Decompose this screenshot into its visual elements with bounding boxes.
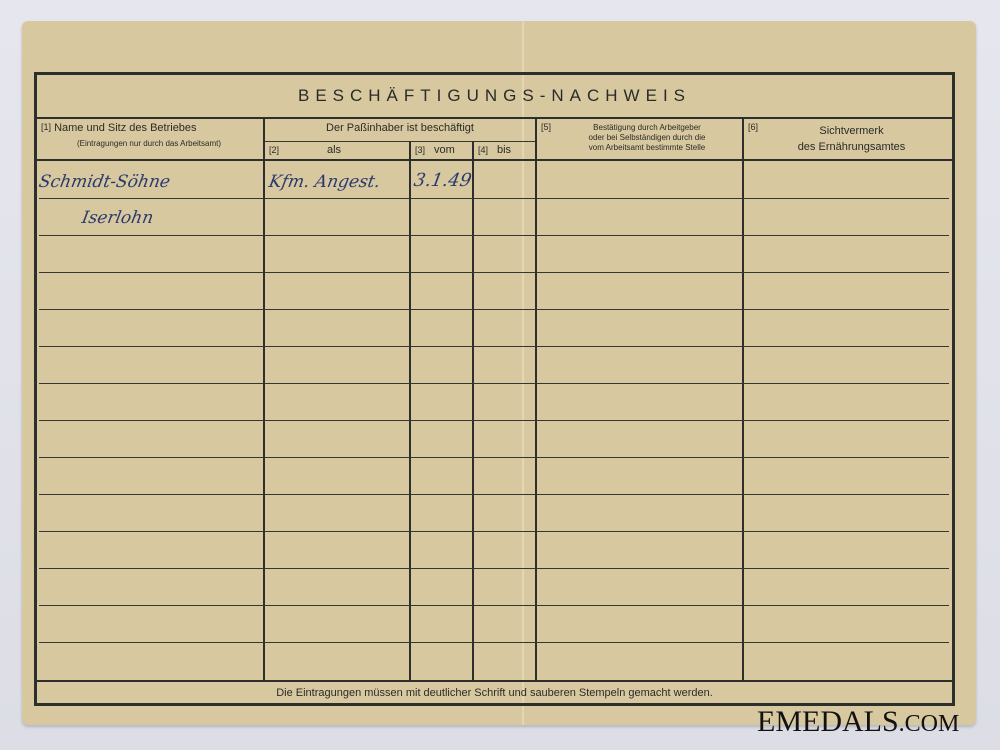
col-divider-4 (535, 119, 537, 680)
row-rule (39, 420, 949, 421)
group-label: Der Paßinhaber ist beschäftigt (265, 119, 535, 134)
col-divider-3 (472, 141, 474, 680)
row-rule (39, 383, 949, 384)
row-rule (39, 235, 949, 236)
row-rule (39, 272, 949, 273)
header-bottom-rule (37, 159, 952, 161)
col1-number: [1] (41, 122, 51, 132)
header-col-betrieb: [1] Name und Sitz des Betriebes (Eintrag… (39, 119, 261, 159)
row-rule (39, 531, 949, 532)
entry-als: Kfm. Angest. (267, 172, 382, 192)
header-col-als: [2] als (265, 142, 410, 159)
row-rule (39, 309, 949, 310)
header-col-bis: [4] bis (475, 142, 535, 159)
entry-betrieb-name: Schmidt-Söhne (37, 172, 172, 192)
col-divider-5 (742, 119, 744, 680)
header-group-beschaeftigt: Der Paßinhaber ist beschäftigt (265, 119, 535, 139)
entry-betrieb-ort: Iserlohn (80, 208, 155, 228)
row-rule (39, 198, 949, 199)
col-divider-1 (263, 119, 265, 680)
row-rule (39, 642, 949, 643)
header-col-vom: [3] vom (412, 142, 474, 159)
header-col-bestaetigung: [5] Bestätigung durch Arbeitgeber oder b… (537, 119, 742, 159)
footer-note: Die Eintragungen müssen mit deutlicher S… (37, 682, 952, 703)
watermark-logo: EMEDALS.COM (757, 705, 959, 739)
document-sheet: BESCHÄFTIGUNGS-NACHWEIS [1] Name und Sit… (22, 21, 976, 725)
row-rule (39, 494, 949, 495)
row-rule (39, 605, 949, 606)
header-col-sichtvermerk: [6] Sichtvermerk des Ernährungsamtes (744, 119, 952, 159)
col1-label: Name und Sitz des Betriebes (54, 122, 196, 134)
row-rule (39, 568, 949, 569)
row-rule (39, 457, 949, 458)
form-frame: BESCHÄFTIGUNGS-NACHWEIS [1] Name und Sit… (34, 72, 955, 706)
row-rule (39, 346, 949, 347)
entry-vom: 3.1.49 (412, 170, 473, 191)
col1-sublabel: (Eintragungen nur durch das Arbeitsamt) (69, 139, 229, 149)
col-divider-2 (409, 141, 411, 680)
form-title: BESCHÄFTIGUNGS-NACHWEIS (37, 75, 952, 119)
